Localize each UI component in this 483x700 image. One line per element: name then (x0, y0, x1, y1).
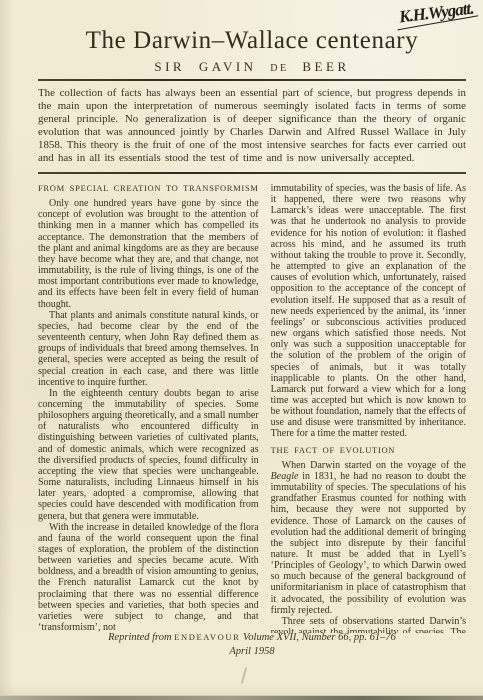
beagle-ship-name-italic: Beagle (271, 471, 299, 482)
scan-smudge-mark (241, 667, 247, 684)
divider-rule-body (38, 172, 466, 174)
reprint-footer: Reprinted from ENDEAVOUR Volume XVII, Nu… (38, 632, 466, 657)
scan-edge-shadow (0, 696, 483, 700)
author-prefix: SIR GAVIN (154, 59, 256, 74)
beagle-paragraph-pre: When Darwin started on the voyage of the (282, 460, 466, 471)
page-title: The Darwin–Wallace centenary (38, 27, 466, 55)
body-paragraph: When Darwin started on the voyage of the… (271, 460, 466, 616)
reprint-prefix: Reprinted from (108, 632, 174, 643)
reprint-date-line: April 1958 (38, 646, 466, 657)
section-heading-fact-of-evolution: THE FACT OF EVOLUTION (271, 445, 466, 456)
body-paragraph: In the eighteenth century doubts began t… (38, 388, 259, 522)
left-column: FROM SPECIAL CREATION TO TRANSFORMISM On… (38, 183, 259, 633)
author-byline: SIR GAVIN DE BEER (38, 59, 466, 75)
body-paragraph-continuation: immutability of species, was the basis o… (271, 183, 466, 440)
handwritten-signature: K.H.Wygatt. (398, 0, 474, 27)
section-heading-transformism: FROM SPECIAL CREATION TO TRANSFORMISM (38, 183, 259, 194)
body-paragraph: Only one hundred years have gone by sinc… (38, 198, 259, 310)
body-paragraph: Three sets of observations started Darwi… (271, 616, 466, 633)
body-paragraph: With the increase in detailed knowledge … (38, 522, 259, 633)
reprint-citation-line: Reprinted from ENDEAVOUR Volume XVII, Nu… (38, 632, 466, 643)
two-column-body: FROM SPECIAL CREATION TO TRANSFORMISM On… (38, 183, 466, 633)
journal-name: ENDEAVOUR (174, 632, 240, 642)
intro-paragraph: The collection of facts has always been … (38, 87, 466, 164)
scanned-journal-page: K.H.Wygatt. The Darwin–Wallace centenary… (0, 0, 483, 700)
body-paragraph: That plants and animals constitute natur… (38, 310, 259, 388)
right-column: immutability of species, was the basis o… (271, 183, 466, 633)
reprint-suffix: Volume XVII, Number 66, pp. 61–76 (240, 632, 395, 643)
author-surname: BEER (302, 59, 349, 74)
beagle-paragraph-post: in 1831, he had no reason to doubt the i… (271, 471, 466, 616)
divider-rule-top (38, 79, 466, 81)
author-particle: DE (270, 63, 288, 74)
